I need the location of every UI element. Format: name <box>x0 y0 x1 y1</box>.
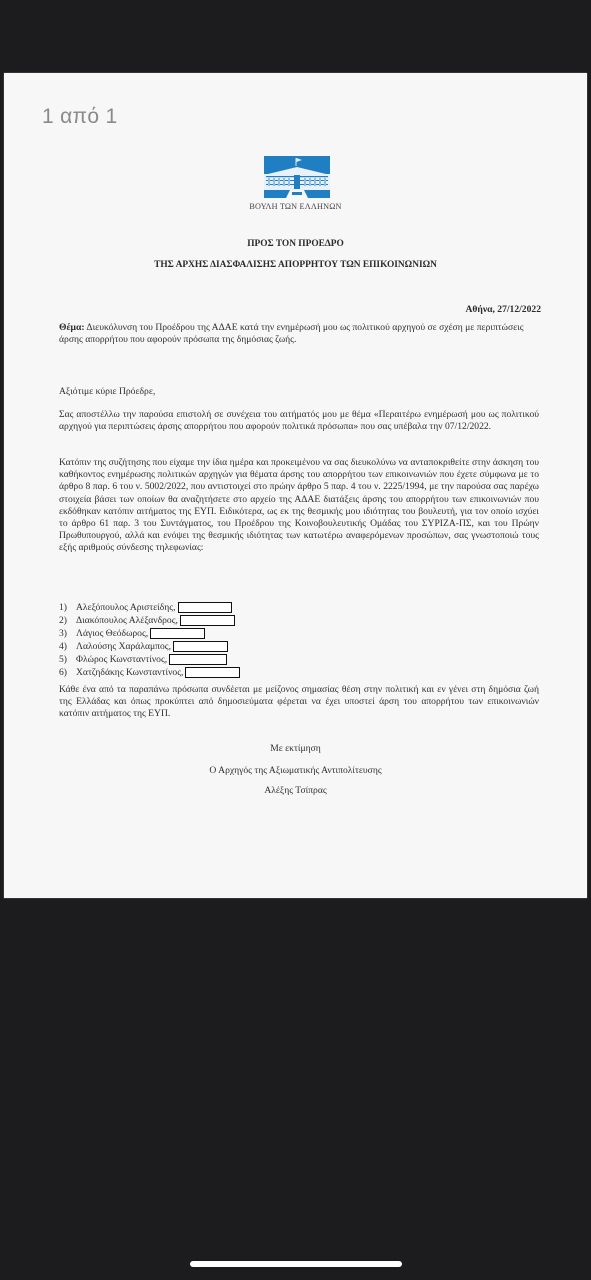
list-item-number: 5) <box>59 653 76 666</box>
list-item: 2) Διακόπουλος Αλέξανδρος, <box>59 614 240 627</box>
paragraph-2: Κατόπιν της συζήτησης που είχαμε την ίδι… <box>59 457 539 555</box>
list-item-name: Λαλούσης Χαράλαμπος, <box>76 640 171 653</box>
subject-label: Θέμα: <box>59 322 85 333</box>
list-item-number: 3) <box>59 627 76 640</box>
letter-date: Αθήνα, 27/12/2022 <box>465 304 541 315</box>
redacted-phone-box <box>150 628 205 639</box>
contacts-list: 1) Αλεξόπουλος Αριστείδης, 2) Διακόπουλο… <box>59 601 240 679</box>
list-item-number: 2) <box>59 614 76 627</box>
list-item: 5) Φλώρος Κωνσταντίνος, <box>59 653 240 666</box>
list-item: 1) Αλεξόπουλος Αριστείδης, <box>59 601 240 614</box>
letterhead-caption: ΒΟΥΛΗ ΤΩΝ ΕΛΛΗΝΩΝ <box>4 202 587 211</box>
list-item-name: Φλώρος Κωνσταντίνος, <box>76 653 167 666</box>
closing-phrase: Με εκτίμηση <box>4 743 587 754</box>
list-item-number: 6) <box>59 666 76 679</box>
list-item: 3) Λάγιος Θεόδωρος, <box>59 627 240 640</box>
recipient-heading-line1: ΠΡΟΣ ΤΟΝ ΠΡΟΕΔΡΟ <box>4 239 587 249</box>
list-item-number: 4) <box>59 640 76 653</box>
page-counter: 1 από 1 <box>42 105 117 129</box>
subject-text: Διευκόλυνση του Προέδρου της ΑΔΑΕ κατά τ… <box>59 322 524 345</box>
salutation: Αξιότιμε κύριε Πρόεδρε, <box>59 386 539 398</box>
redacted-phone-box <box>178 602 232 613</box>
signatory-title: Ο Αρχηγός της Αξιωματικής Αντιπολίτευσης <box>4 765 587 776</box>
list-item: 6) Χατζηδάκης Κωνσταντίνος, <box>59 666 240 679</box>
list-item-name: Διακόπουλος Αλέξανδρος, <box>76 614 178 627</box>
home-indicator[interactable] <box>190 1261 402 1267</box>
letter-subject: Θέμα: Διευκόλυνση του Προέδρου της ΑΔΑΕ … <box>59 322 537 347</box>
redacted-phone-box <box>169 654 227 665</box>
list-item: 4) Λαλούσης Χαράλαμπος, <box>59 640 240 653</box>
list-item-name: Λάγιος Θεόδωρος, <box>76 627 148 640</box>
redacted-phone-box <box>180 615 235 626</box>
redacted-phone-box <box>173 641 228 652</box>
parliament-building-icon <box>264 156 330 198</box>
paragraph-3: Κάθε ένα από τα παραπάνω πρόσωπα συνδέετ… <box>59 684 539 721</box>
list-item-name: Αλεξόπουλος Αριστείδης, <box>76 601 176 614</box>
list-item-name: Χατζηδάκης Κωνσταντίνος, <box>76 666 183 679</box>
document-page: 1 από 1 ΒΟΥΛΗ ΤΩΝ ΕΛΛΗΝΩΝ ΠΡΟΣ ΤΟΝ ΠΡΟΕΔ… <box>4 73 587 898</box>
paragraph-1: Σας αποστέλλω την παρούσα επιστολή σε συ… <box>59 409 539 433</box>
signatory-name: Αλέξης Τσίπρας <box>4 785 587 796</box>
redacted-phone-box <box>185 667 240 678</box>
list-item-number: 1) <box>59 601 76 614</box>
recipient-heading-line2: ΤΗΣ ΑΡΧΗΣ ΔΙΑΣΦΑΛΙΣΗΣ ΑΠΟΡΡΗΤΟΥ ΤΩΝ ΕΠΙΚ… <box>4 260 587 270</box>
